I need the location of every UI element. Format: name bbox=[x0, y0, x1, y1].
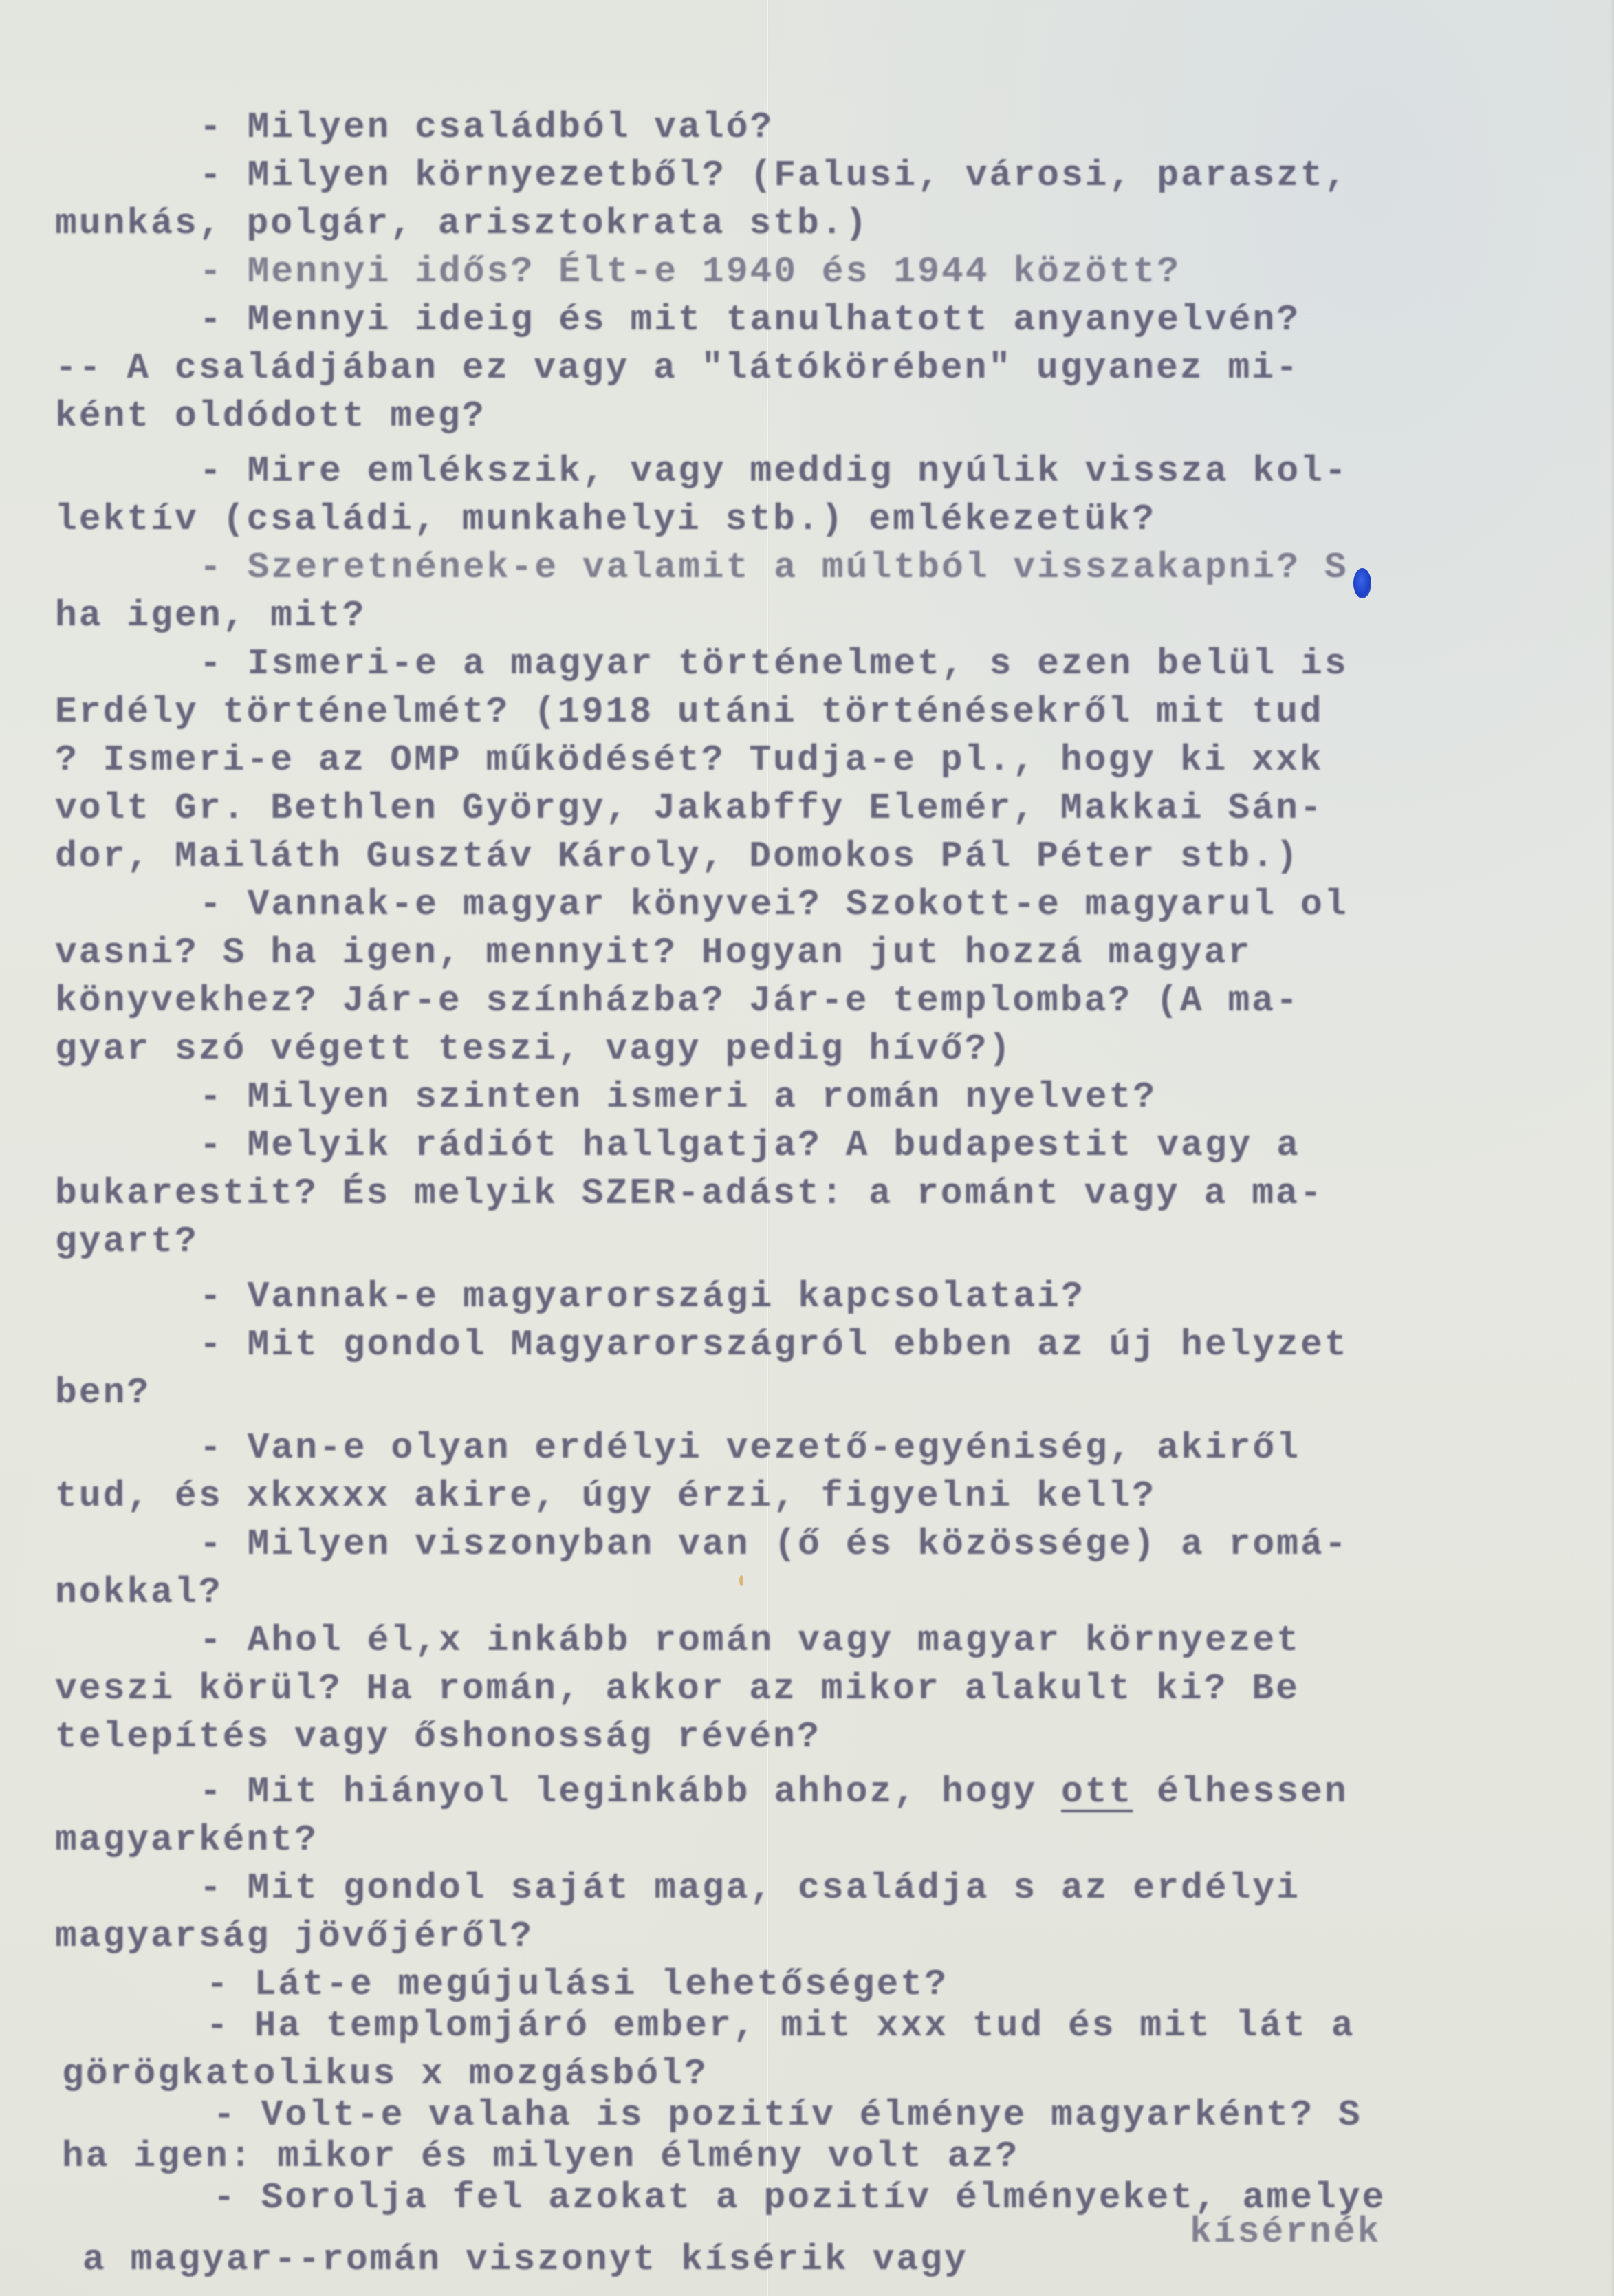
blue-ink-dot bbox=[1353, 568, 1371, 598]
text-line: bukarestit? És melyik SZER-adást: a romá… bbox=[55, 1173, 1324, 1214]
text-line: - Szeretnének-e valamit a múltból vissza… bbox=[199, 547, 1349, 588]
text-line: görögkatolikus x mozgásból? bbox=[62, 2053, 708, 2094]
text-line: veszi körül? Ha román, akkor az mikor al… bbox=[55, 1668, 1300, 1709]
typed-text-block: - Milyen családból való? - Milyen környe… bbox=[0, 0, 1614, 2296]
text-line: ? Ismeri-e az OMP működését? Tudja-e pl.… bbox=[55, 739, 1324, 781]
text-line: - Mit hiányol leginkább ahhoz, hogy ott … bbox=[199, 1771, 1349, 1812]
text-line: - Milyen családból való? bbox=[199, 107, 774, 148]
text-line: telepítés vagy őshonosság révén? bbox=[55, 1716, 821, 1757]
text-line: -- A családjában ez vagy a "látókörében"… bbox=[55, 347, 1300, 389]
text-line: nokkal? bbox=[55, 1572, 223, 1613]
text-line: dor, Mailáth Gusztáv Károly, Domokos Pál… bbox=[55, 836, 1300, 877]
text-line: - Ha templomjáró ember, mit xxx tud és m… bbox=[206, 2005, 1355, 2046]
text-line: gyar szó végett teszi, vagy pedig hívő?) bbox=[55, 1028, 1012, 1070]
text-line: tud, és xkxxxx akire, úgy érzi, figyelni… bbox=[55, 1475, 1156, 1517]
text-line: - Mit gondol Magyarországról ebben az új… bbox=[199, 1324, 1349, 1365]
text-line: - Volt-e valaha is pozitív élménye magya… bbox=[213, 2094, 1362, 2136]
text-line: Erdély történelmét? (1918 utáni történés… bbox=[55, 691, 1324, 733]
text-line: - Ahol él,x inkább román vagy magyar kör… bbox=[199, 1620, 1300, 1661]
text-line: ben? bbox=[55, 1372, 151, 1414]
text-line: - Milyen viszonyban van (ő és közössége)… bbox=[199, 1524, 1349, 1565]
text-line: - Mire emlékszik, vagy meddig nyúlik vis… bbox=[199, 451, 1349, 492]
text-line: ha igen: mikor és milyen élmény volt az? bbox=[62, 2136, 1019, 2177]
text-line: vasni? S ha igen, mennyit? Hogyan jut ho… bbox=[55, 932, 1252, 973]
text-line: volt Gr. Bethlen György, Jakabffy Elemér… bbox=[55, 788, 1324, 829]
text-line: munkás, polgár, arisztokrata stb.) bbox=[55, 203, 869, 244]
text-line: - Melyik rádiót hallgatja? A budapestit … bbox=[199, 1125, 1300, 1166]
text-line: ha igen, mit? bbox=[55, 595, 366, 636]
text-line: gyart? bbox=[55, 1221, 199, 1262]
text-line-overtype: kísérnék bbox=[1190, 2211, 1381, 2253]
text-line: magyarság jövőjéről? bbox=[55, 1916, 534, 1957]
text-line: - Lát-e megújulási lehetőséget? bbox=[206, 1964, 948, 2005]
text-line: magyarként? bbox=[55, 1819, 318, 1861]
text-line: ként oldódott meg? bbox=[55, 396, 486, 437]
text-line: a magyar--román viszonyt kísérik vagy bbox=[83, 2239, 968, 2280]
text-line: - Mennyi ideig és mit tanulhatott anyany… bbox=[199, 299, 1300, 340]
typewritten-page: - Milyen családból való? - Milyen környe… bbox=[0, 0, 1614, 2296]
text-segment: - Mit hiányol leginkább ahhoz, hogy ott … bbox=[199, 1771, 1349, 1812]
underlined-word: ott bbox=[1061, 1771, 1133, 1812]
text-line: - Vannak-e magyar könyvei? Szokott-e mag… bbox=[199, 884, 1349, 925]
text-line: - Mennyi idős? Élt-e 1940 és 1944 között… bbox=[199, 251, 1181, 292]
text-line: - Milyen szinten ismeri a román nyelvet? bbox=[199, 1076, 1157, 1118]
text-line: - Vannak-e magyarországi kapcsolatai? bbox=[199, 1276, 1085, 1317]
text-line: könyvekhez? Jár-e színházba? Jár-e templ… bbox=[55, 980, 1300, 1021]
text-line: - Van-e olyan erdélyi vezető-egyéniség, … bbox=[199, 1427, 1300, 1469]
text-line: lektív (családi, munkahelyi stb.) emléke… bbox=[55, 499, 1156, 540]
text-line: - Mit gondol saját maga, családja s az e… bbox=[199, 1867, 1300, 1909]
text-line: - Milyen környezetből? (Falusi, városi, … bbox=[199, 155, 1349, 196]
text-line: - Ismeri-e a magyar történelmet, s ezen … bbox=[199, 643, 1349, 684]
